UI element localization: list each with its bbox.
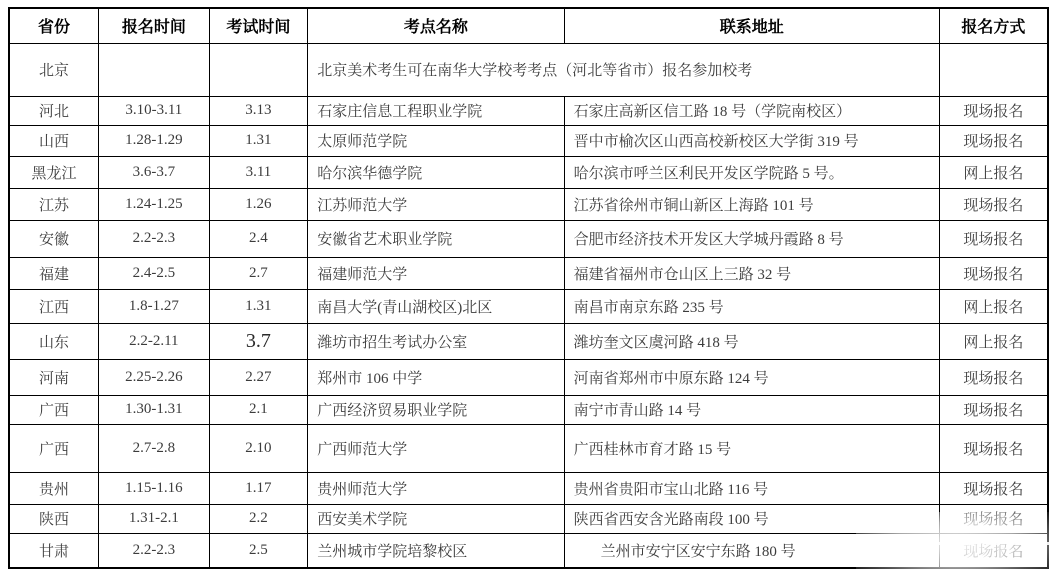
cell-address: 陕西省西安含光路南段 100 号 bbox=[564, 504, 939, 533]
cell-address: 潍坊奎文区虞河路 418 号 bbox=[564, 323, 939, 359]
cell-address: 晋中市榆次区山西高校新校区大学街 319 号 bbox=[564, 125, 939, 156]
cell-address: 哈尔滨市呼兰区利民开发区学院路 5 号。 bbox=[564, 156, 939, 188]
cell-exam-time: 1.26 bbox=[209, 188, 308, 220]
table-row: 陕西1.31-2.12.2西安美术学院陕西省西安含光路南段 100 号现场报名 bbox=[9, 504, 1048, 533]
cell-site-name: 潍坊市招生考试办公室 bbox=[308, 323, 564, 359]
table-row: 河北3.10-3.113.13石家庄信息工程职业学院石家庄高新区信工路 18 号… bbox=[9, 96, 1048, 125]
cell-address: 南宁市青山路 14 号 bbox=[564, 395, 939, 424]
cell-exam-time: 1.31 bbox=[209, 125, 308, 156]
cell-province: 山东 bbox=[9, 323, 99, 359]
column-header-site-name: 考点名称 bbox=[308, 8, 564, 43]
cell-registration-method: 现场报名 bbox=[939, 472, 1048, 504]
cell-province: 广西 bbox=[9, 395, 99, 424]
cell-exam-time: 2.7 bbox=[209, 257, 308, 289]
cell-site-name: 广西经济贸易职业学院 bbox=[308, 395, 564, 424]
cell-registration-time: 1.31-2.1 bbox=[99, 504, 210, 533]
cell-registration-time: 2.2-2.3 bbox=[99, 533, 210, 568]
cell-address: 广西桂林市育才路 15 号 bbox=[564, 424, 939, 472]
cell-address: 南昌市南京东路 235 号 bbox=[564, 289, 939, 323]
cell-site-name: 南昌大学(青山湖校区)北区 bbox=[308, 289, 564, 323]
cell-exam-time: 3.7 bbox=[209, 323, 308, 359]
cell-exam-time-empty bbox=[209, 43, 308, 96]
cell-exam-time: 2.10 bbox=[209, 424, 308, 472]
cell-registration-method: 现场报名 bbox=[939, 504, 1048, 533]
table-row: 广西2.7-2.82.10广西师范大学广西桂林市育才路 15 号现场报名 bbox=[9, 424, 1048, 472]
cell-registration-method: 现场报名 bbox=[939, 125, 1048, 156]
cell-site-name: 江苏师范大学 bbox=[308, 188, 564, 220]
cell-registration-time: 2.2-2.11 bbox=[99, 323, 210, 359]
cell-address: 福建省福州市仓山区上三路 32 号 bbox=[564, 257, 939, 289]
cell-registration-method: 现场报名 bbox=[939, 188, 1048, 220]
table-row: 江苏1.24-1.251.26江苏师范大学江苏省徐州市铜山新区上海路 101 号… bbox=[9, 188, 1048, 220]
table-header: 省份 报名时间 考试时间 考点名称 联系地址 报名方式 bbox=[9, 8, 1048, 43]
table-row: 山西1.28-1.291.31太原师范学院晋中市榆次区山西高校新校区大学街 31… bbox=[9, 125, 1048, 156]
table-row: 黑龙江3.6-3.73.11哈尔滨华德学院哈尔滨市呼兰区利民开发区学院路 5 号… bbox=[9, 156, 1048, 188]
cell-province: 黑龙江 bbox=[9, 156, 99, 188]
cell-site-name: 安徽省艺术职业学院 bbox=[308, 220, 564, 257]
table-row: 广西1.30-1.312.1广西经济贸易职业学院南宁市青山路 14 号现场报名 bbox=[9, 395, 1048, 424]
cell-address: 河南省郑州市中原东路 124 号 bbox=[564, 359, 939, 395]
cell-province: 福建 bbox=[9, 257, 99, 289]
cell-address: 江苏省徐州市铜山新区上海路 101 号 bbox=[564, 188, 939, 220]
table-row: 河南2.25-2.262.27郑州市 106 中学河南省郑州市中原东路 124 … bbox=[9, 359, 1048, 395]
cell-registration-time-empty bbox=[99, 43, 210, 96]
cell-beijing-note: 北京美术考生可在南华大学校考考点（河北等省市）报名参加校考 bbox=[308, 43, 940, 96]
cell-exam-time: 3.13 bbox=[209, 96, 308, 125]
cell-registration-method: 现场报名 bbox=[939, 220, 1048, 257]
exam-schedule-table: 省份 报名时间 考试时间 考点名称 联系地址 报名方式 北京 北京美术考生可在南… bbox=[8, 7, 1049, 569]
column-header-exam-time: 考试时间 bbox=[209, 8, 308, 43]
cell-registration-time: 1.30-1.31 bbox=[99, 395, 210, 424]
cell-province: 陕西 bbox=[9, 504, 99, 533]
cell-site-name: 福建师范大学 bbox=[308, 257, 564, 289]
cell-registration-method: 现场报名 bbox=[939, 395, 1048, 424]
cell-address: 石家庄高新区信工路 18 号（学院南校区） bbox=[564, 96, 939, 125]
cell-site-name: 郑州市 106 中学 bbox=[308, 359, 564, 395]
cell-exam-time: 1.31 bbox=[209, 289, 308, 323]
cell-registration-time: 1.24-1.25 bbox=[99, 188, 210, 220]
cell-site-name: 西安美术学院 bbox=[308, 504, 564, 533]
cell-province: 广西 bbox=[9, 424, 99, 472]
table-row: 安徽2.2-2.32.4安徽省艺术职业学院合肥市经济技术开发区大学城丹霞路 8 … bbox=[9, 220, 1048, 257]
cell-address: 贵州省贵阳市宝山北路 116 号 bbox=[564, 472, 939, 504]
cell-exam-time: 1.17 bbox=[209, 472, 308, 504]
table-row: 山东2.2-2.113.7潍坊市招生考试办公室潍坊奎文区虞河路 418 号网上报… bbox=[9, 323, 1048, 359]
cell-province: 贵州 bbox=[9, 472, 99, 504]
cell-exam-time: 2.27 bbox=[209, 359, 308, 395]
table-row-beijing: 北京 北京美术考生可在南华大学校考考点（河北等省市）报名参加校考 bbox=[9, 43, 1048, 96]
cell-registration-time: 3.10-3.11 bbox=[99, 96, 210, 125]
table-body: 北京 北京美术考生可在南华大学校考考点（河北等省市）报名参加校考 河北3.10-… bbox=[9, 43, 1048, 568]
cell-registration-time: 2.2-2.3 bbox=[99, 220, 210, 257]
cell-province: 江苏 bbox=[9, 188, 99, 220]
cell-registration-method: 现场报名 bbox=[939, 533, 1048, 568]
table-row: 福建2.4-2.52.7福建师范大学福建省福州市仓山区上三路 32 号现场报名 bbox=[9, 257, 1048, 289]
cell-registration-method: 网上报名 bbox=[939, 289, 1048, 323]
cell-exam-time: 2.5 bbox=[209, 533, 308, 568]
column-header-method: 报名方式 bbox=[939, 8, 1048, 43]
cell-registration-method: 现场报名 bbox=[939, 96, 1048, 125]
cell-registration-time: 1.15-1.16 bbox=[99, 472, 210, 504]
cell-province: 河南 bbox=[9, 359, 99, 395]
cell-province: 甘肃 bbox=[9, 533, 99, 568]
cell-registration-method-empty bbox=[939, 43, 1048, 96]
cell-province: 山西 bbox=[9, 125, 99, 156]
column-header-address: 联系地址 bbox=[564, 8, 939, 43]
cell-site-name: 兰州城市学院培黎校区 bbox=[308, 533, 564, 568]
cell-exam-time: 2.1 bbox=[209, 395, 308, 424]
cell-site-name: 石家庄信息工程职业学院 bbox=[308, 96, 564, 125]
header-row: 省份 报名时间 考试时间 考点名称 联系地址 报名方式 bbox=[9, 8, 1048, 43]
cell-registration-time: 1.28-1.29 bbox=[99, 125, 210, 156]
cell-site-name: 太原师范学院 bbox=[308, 125, 564, 156]
cell-exam-time: 2.2 bbox=[209, 504, 308, 533]
cell-province: 江西 bbox=[9, 289, 99, 323]
column-header-province: 省份 bbox=[9, 8, 99, 43]
cell-registration-method: 现场报名 bbox=[939, 424, 1048, 472]
cell-site-name: 贵州师范大学 bbox=[308, 472, 564, 504]
cell-registration-method: 网上报名 bbox=[939, 323, 1048, 359]
column-header-registration-time: 报名时间 bbox=[99, 8, 210, 43]
cell-address: 合肥市经济技术开发区大学城丹霞路 8 号 bbox=[564, 220, 939, 257]
cell-province: 北京 bbox=[9, 43, 99, 96]
cell-site-name: 哈尔滨华德学院 bbox=[308, 156, 564, 188]
cell-exam-time: 2.4 bbox=[209, 220, 308, 257]
cell-registration-method: 现场报名 bbox=[939, 359, 1048, 395]
cell-registration-time: 3.6-3.7 bbox=[99, 156, 210, 188]
cell-province: 河北 bbox=[9, 96, 99, 125]
cell-registration-method: 现场报名 bbox=[939, 257, 1048, 289]
table-row: 江西1.8-1.271.31南昌大学(青山湖校区)北区南昌市南京东路 235 号… bbox=[9, 289, 1048, 323]
cell-registration-method: 网上报名 bbox=[939, 156, 1048, 188]
cell-registration-time: 1.8-1.27 bbox=[99, 289, 210, 323]
table-row: 甘肃2.2-2.32.5兰州城市学院培黎校区兰州市安宁区安宁东路 180 号现场… bbox=[9, 533, 1048, 568]
cell-address: 兰州市安宁区安宁东路 180 号 bbox=[564, 533, 939, 568]
cell-registration-time: 2.7-2.8 bbox=[99, 424, 210, 472]
table-row: 贵州1.15-1.161.17贵州师范大学贵州省贵阳市宝山北路 116 号现场报… bbox=[9, 472, 1048, 504]
cell-site-name: 广西师范大学 bbox=[308, 424, 564, 472]
cell-exam-time: 3.11 bbox=[209, 156, 308, 188]
cell-registration-time: 2.4-2.5 bbox=[99, 257, 210, 289]
cell-province: 安徽 bbox=[9, 220, 99, 257]
cell-registration-time: 2.25-2.26 bbox=[99, 359, 210, 395]
